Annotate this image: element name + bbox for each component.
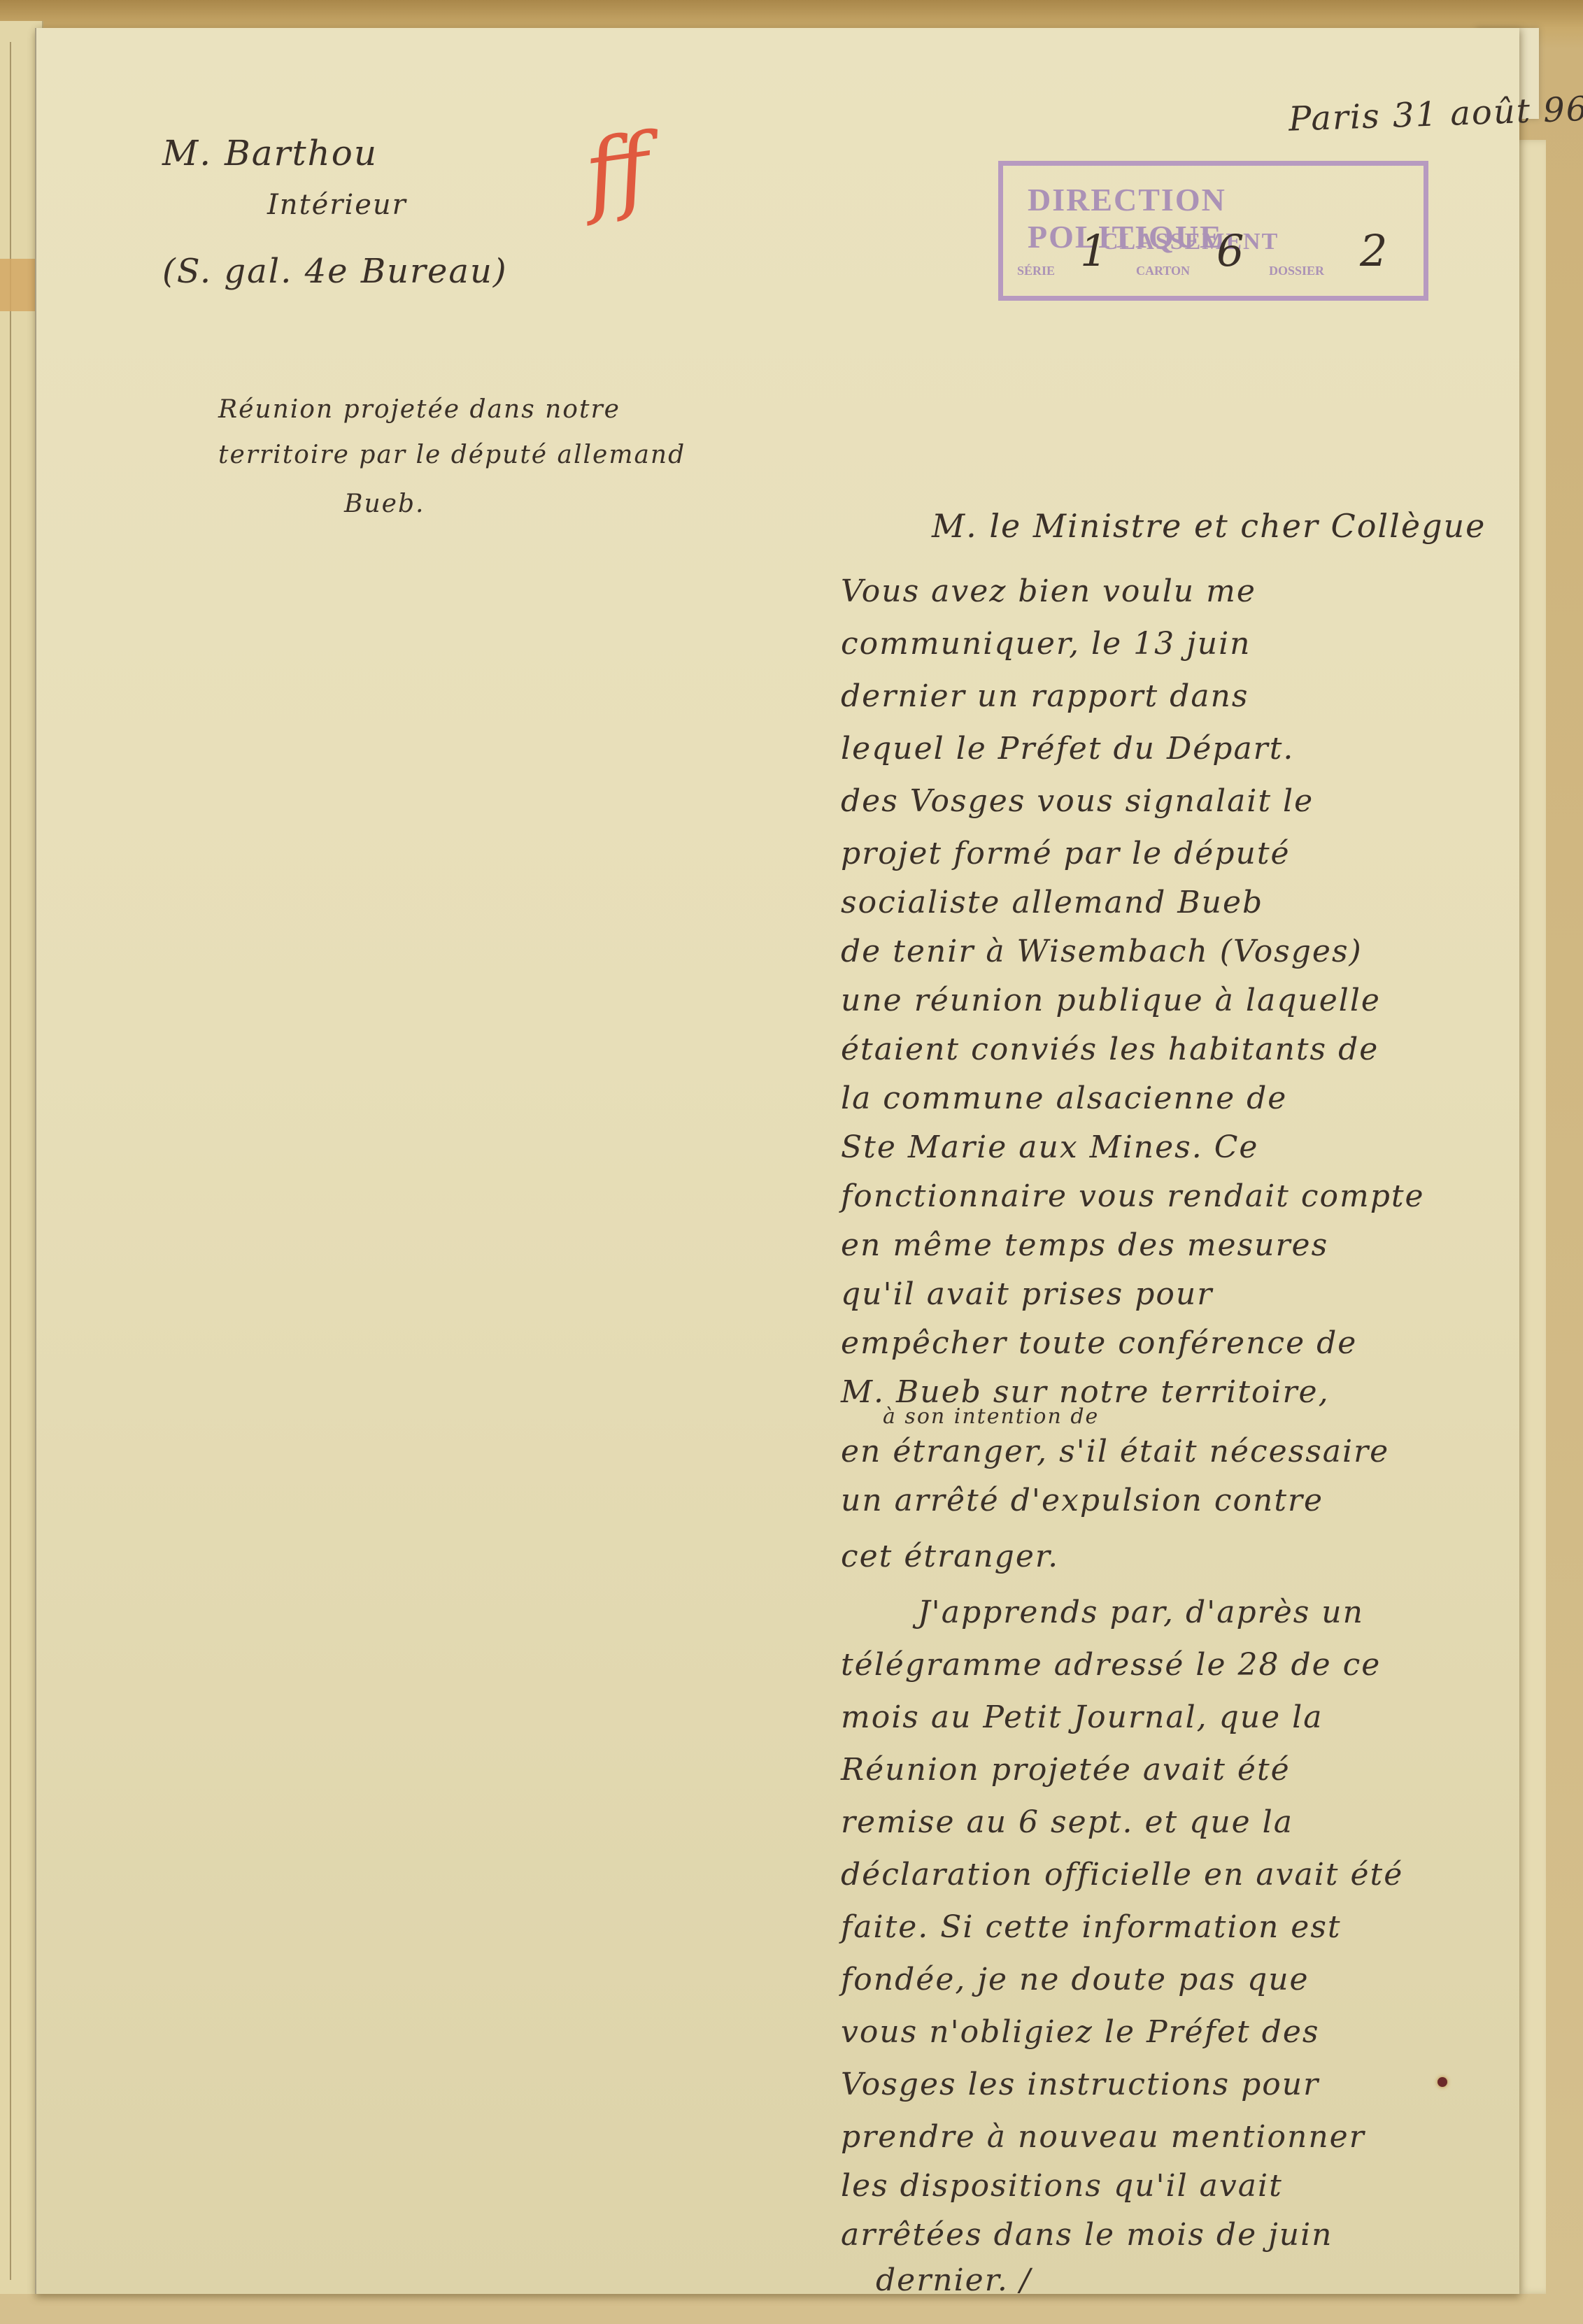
- stamp-subtitle: CLASSEMENT: [1101, 229, 1279, 255]
- body-line: fonctionnaire vous rendait compte: [841, 1178, 1425, 1214]
- body-line: une réunion publique à laquelle: [841, 983, 1381, 1018]
- body-line: étaient conviés les habitants de: [841, 1032, 1379, 1067]
- body-line: fondée, je ne doute pas que: [841, 1962, 1309, 1997]
- body-line: la commune alsacienne de: [841, 1081, 1287, 1116]
- stamp-value-carton: 6: [1216, 225, 1244, 276]
- body-line: en même temps des mesures: [841, 1227, 1328, 1263]
- ink-blot: [1438, 2077, 1447, 2087]
- red-pencil-annotation: ff: [578, 113, 657, 227]
- body-line: dernier. /: [876, 2262, 1032, 2298]
- summary-line: Bueb.: [344, 490, 425, 518]
- classification-stamp: DIRECTION POLITIQUE CLASSEMENT SÉRIE CAR…: [998, 161, 1428, 301]
- bureau: (S. gal. 4e Bureau): [162, 252, 508, 291]
- stamp-value-serie: 1: [1080, 225, 1107, 276]
- body-line: Réunion projetée avait été: [841, 1752, 1291, 1788]
- department: Intérieur: [267, 189, 407, 221]
- letter-page: Paris 31 août 96. M. Barthou Intérieur (…: [35, 28, 1519, 2294]
- body-line: Vous avez bien voulu me: [841, 573, 1256, 609]
- background-sheet-left-edge: [0, 42, 11, 2280]
- body-line: cet étranger.: [841, 1539, 1059, 1574]
- body-line: lequel le Préfet du Départ.: [841, 731, 1294, 767]
- body-line: prendre à nouveau mentionner: [841, 2119, 1365, 2155]
- body-line: empêcher toute conférence de: [841, 1325, 1357, 1361]
- letter-date: Paris 31 août 96.: [1288, 89, 1583, 139]
- body-line: dernier un rapport dans: [841, 678, 1249, 714]
- body-line: un arrêté d'expulsion contre: [841, 1483, 1323, 1518]
- summary-line: territoire par le député allemand: [218, 441, 686, 469]
- body-line: Ste Marie aux Mines. Ce: [841, 1129, 1258, 1165]
- body-line: Vosges les instructions pour: [841, 2067, 1319, 2102]
- body-line: en étranger, s'il était nécessaire: [841, 1434, 1389, 1469]
- body-line: des Vosges vous signalait le: [841, 783, 1314, 819]
- stamp-value-dossier: 2: [1360, 225, 1387, 276]
- photo-scene: Paris 31 août 96. M. Barthou Intérieur (…: [0, 0, 1583, 2324]
- body-line: télégramme adressé le 28 de ce: [841, 1647, 1381, 1683]
- body-line: qu'il avait prises pour: [841, 1276, 1213, 1312]
- body-line: projet formé par le député: [841, 836, 1291, 871]
- body-line: faite. Si cette information est: [841, 1909, 1342, 1945]
- summary-line: Réunion projetée dans notre: [218, 395, 620, 424]
- body-line: socialiste allemand Bueb: [841, 885, 1263, 920]
- addressee: M. Barthou: [162, 133, 378, 173]
- stamp-label-dossier: DOSSIER: [1269, 264, 1324, 278]
- body-line: les dispositions qu'il avait: [841, 2168, 1283, 2204]
- body-line: communiquer, le 13 juin: [841, 626, 1251, 662]
- salutation: M. le Ministre et cher Collègue: [932, 507, 1486, 545]
- body-insertion: à son intention de: [883, 1404, 1099, 1429]
- body-line: de tenir à Wisembach (Vosges): [841, 934, 1363, 969]
- body-line: mois au Petit Journal, que la: [841, 1699, 1323, 1735]
- body-line: vous n'obligiez le Préfet des: [841, 2014, 1319, 2050]
- stamp-label-serie: SÉRIE: [1017, 264, 1055, 278]
- body-line: déclaration officielle en avait été: [841, 1857, 1403, 1892]
- body-line: remise au 6 sept. et que la: [841, 1804, 1293, 1840]
- body-line: arrêtées dans le mois de juin: [841, 2217, 1333, 2253]
- body-line: J'apprends par, d'après un: [918, 1595, 1364, 1630]
- stamp-label-carton: CARTON: [1136, 264, 1190, 278]
